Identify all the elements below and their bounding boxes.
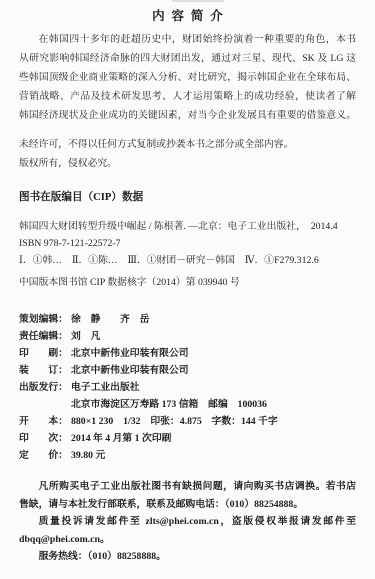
note-line: 售缺，请与本社发行部联系，联系及邮购电话：（010）88254888。: [19, 496, 356, 514]
pub-row-print-run: 印 次： 2014 年 4 月第 1 次印刷: [19, 430, 356, 447]
cip-classification-line: Ⅰ．①韩… Ⅱ．①陈… Ⅲ．①财团－研究－韩国 Ⅳ．①F279.312.6: [19, 252, 356, 269]
pub-row-value: 刘 凡: [71, 328, 356, 345]
pub-row-label: 出版发行：: [19, 379, 71, 396]
pub-row-printing: 印 刷： 北京中新伟业印装有限公司: [19, 345, 356, 362]
pub-row-value: 徐 静 齐 岳: [71, 311, 356, 328]
cip-record-block: 中国版本图书馆 CIP 数据核字（2014）第 039940 号: [19, 274, 356, 291]
publication-info-block: 策划编辑： 徐 静 齐 岳 责任编辑： 刘 凡 印 刷： 北京中新伟业印装有限公…: [19, 311, 356, 464]
intro-line: 营销战略、产品及技术研发思考、人才运用策略上的成功经验，使读者了解: [19, 87, 356, 106]
intro-line: 在韩国四十多年的赶超历史中，财团始终扮演着一种重要的角色，本书: [19, 30, 356, 49]
pub-row-label: 印 次：: [19, 430, 71, 447]
pub-row-planning-editor: 策划编辑： 徐 静 齐 岳: [19, 311, 356, 328]
cip-heading: 图书在版编目（CIP）数据: [19, 191, 356, 204]
pub-row-responsible-editor: 责任编辑： 刘 凡: [19, 328, 356, 345]
copyright-line: 未经许可，不得以任何方式复制或抄袭本书之部分或全部内容。: [19, 135, 356, 154]
pub-row-value: 北京市海淀区万寿路 173 信箱 邮编 100036: [71, 396, 356, 413]
page-top-mark: [172, 0, 224, 2]
pub-row-format: 开 本： 880×1 230 1/32 印张：4.875 字数：144 千字: [19, 413, 356, 430]
pub-row-publisher-address: 北京市海淀区万寿路 173 信箱 邮编 100036: [19, 396, 356, 413]
pub-row-value: 电子工业出版社: [71, 379, 356, 396]
pub-row-label: 定 价：: [19, 447, 71, 464]
pub-row-publisher: 出版发行： 电子工业出版社: [19, 379, 356, 396]
pub-row-label: 策划编辑：: [19, 311, 71, 328]
pub-row-label: 开 本：: [19, 413, 71, 430]
note-line: 质量投诉请发邮件至 zlts@phei.com.cn，盗版侵权举报请发邮件至: [19, 513, 356, 531]
intro-line: 从研究影响韩国经济命脉的四大财团出发，通过对三星、现代、SK 及 LG 这: [19, 49, 356, 68]
note-line: 服务热线：（010）88258888。: [19, 548, 356, 566]
service-notes-block: 凡所购买电子工业出版社图书有缺损问题，请向购买书店调换。若书店 售缺，请与本社发…: [19, 478, 356, 566]
book-copyright-page: 内容简介 在韩国四十多年的赶超历史中，财团始终扮演着一种重要的角色，本书 从研究…: [0, 0, 375, 579]
cip-data-block: 韩国四大财团转型升级中崛起 / 陈根著. —北京：电子工业出版社， 2014.4…: [19, 218, 356, 269]
intro-line: 些韩国顶级企业商业策略的深入分析、对比研究，揭示韩国企业在全球布局、: [19, 68, 356, 87]
pub-row-value: 北京中新伟业印装有限公司: [71, 362, 356, 379]
copyright-notice: 未经许可，不得以任何方式复制或抄袭本书之部分或全部内容。 版权所有，侵权必究。: [19, 135, 356, 173]
pub-row-label: 装 订：: [19, 362, 71, 379]
cip-record-number-line: 中国版本图书馆 CIP 数据核字（2014）第 039940 号: [19, 274, 356, 291]
isbn-line: ISBN 978-7-121-22572-7: [19, 235, 356, 252]
copyright-line: 版权所有，侵权必究。: [19, 154, 356, 173]
content-summary-paragraph: 在韩国四十多年的赶超历史中，财团始终扮演着一种重要的角色，本书 从研究影响韩国经…: [19, 30, 356, 125]
pub-row-value: 北京中新伟业印装有限公司: [71, 345, 356, 362]
content-summary-heading: 内容简介: [19, 10, 356, 23]
pub-row-label: 印 刷：: [19, 345, 71, 362]
cip-entry-line: 韩国四大财团转型升级中崛起 / 陈根著. —北京：电子工业出版社， 2014.4: [19, 218, 356, 235]
pub-row-label: 责任编辑：: [19, 328, 71, 345]
pub-row-price: 定 价： 39.80 元: [19, 447, 356, 464]
note-line: dbqq@phei.com.cn。: [19, 531, 356, 549]
pub-row-label: [19, 396, 71, 413]
pub-row-value: 2014 年 4 月第 1 次印刷: [71, 430, 356, 447]
intro-line: 韩国经济现状及企业成功的关键因素，对当今企业发展具有重要的借鉴意义。: [19, 106, 356, 125]
pub-row-binding: 装 订： 北京中新伟业印装有限公司: [19, 362, 356, 379]
pub-row-value: 39.80 元: [71, 447, 356, 464]
note-line: 凡所购买电子工业出版社图书有缺损问题，请向购买书店调换。若书店: [19, 478, 356, 496]
pub-row-value: 880×1 230 1/32 印张：4.875 字数：144 千字: [71, 413, 356, 430]
